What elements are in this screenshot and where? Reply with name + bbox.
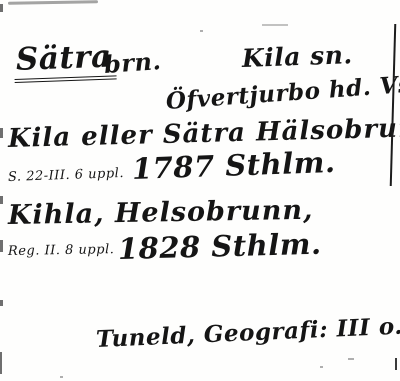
archive-card: Sätra brn. Kila sn. Öfvertjurbo hd. Vst.…: [0, 0, 400, 381]
scan-artifact-left-tick: [0, 352, 2, 374]
scan-artifact-left-tick: [0, 196, 3, 204]
scan-artifact-speck: [60, 376, 63, 378]
scan-artifact-left-tick: [0, 4, 3, 12]
source-reference: Tuneld, Geografi: III o. II.: [95, 311, 400, 353]
district-line: Öfvertjurbo hd. Vst.: [165, 70, 400, 115]
scan-artifact-speck: [348, 358, 354, 360]
edition-note-2: Reg. II. 8 uppl.: [8, 242, 115, 259]
publication-line-2: 1828 Sthlm.: [118, 227, 322, 266]
scan-artifact-top-squiggle: [8, 0, 98, 5]
parish-name: Kila sn.: [241, 40, 353, 73]
scan-artifact-right-edge-line: [390, 24, 397, 186]
scan-artifact-top-dash: [262, 24, 288, 26]
scan-artifact-left-tick: [0, 128, 3, 138]
headword-abbrev: brn.: [103, 46, 162, 79]
entry-line-2: Kihla, Helsobrunn,: [8, 195, 314, 231]
scan-artifact-left-tick: [0, 240, 3, 252]
scan-artifact-left-tick: [0, 300, 3, 306]
scan-artifact-speck: [200, 30, 203, 32]
scan-artifact-speck: [320, 366, 323, 368]
scan-artifact-right-tick: [395, 358, 397, 370]
publication-line-1: 1787 Sthlm.: [131, 145, 336, 186]
entry-line-1: Kila eller Sätra Hälsobrunn,: [8, 112, 400, 154]
edition-note-1: S. 22-III. 6 uppl.: [8, 166, 124, 185]
headword: Sätra: [13, 38, 116, 83]
